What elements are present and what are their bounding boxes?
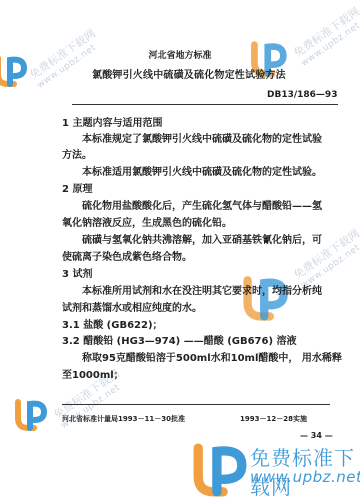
paragraph-line: 至1000ml； [62,370,124,382]
issued-date: 河北省标准计量局1993－11－30批准 [62,413,185,425]
subsection-3-1: 3.1 盐酸 (GB622)； [62,320,163,332]
paragraph-line: 本标准所用试剂和水在没注明其它要求时，均指分析纯 [82,286,322,298]
paragraph-line: 硫磺与氢氧化钠共沸溶解，加入亚硝基铁氰化钠后，可 [82,235,322,247]
document-title: 氯酸钾引火线中硫磺及硫化物定性试验方法 [92,70,286,82]
paragraph-line: 氧化钠溶液反应，生成黑色的硫化铅。 [62,218,232,230]
section-heading-3: 3 试剂 [62,269,92,281]
paragraph-line: 硫化物用盐酸酸化后，产生硫化氢气体与醋酸铅——氢 [82,201,322,213]
standard-org: 河北省地方标准 [0,50,360,62]
up-logo-icon [14,396,50,432]
footer-divider [62,404,330,405]
paragraph-line: 方法。 [62,150,92,162]
paragraph-line: 本标准规定了氯酸钾引火线中硫磺及硫化物的定性试验 [82,134,322,146]
section-heading-1: 1 主题内容与适用范围 [62,118,162,130]
site-logo: 免费标准下载网 www.upbz.net [190,438,360,500]
document-code: DB13/186—93 [267,89,337,101]
section-heading-2: 2 原理 [62,184,92,196]
paragraph-line: 使硫离子染色成紫色络合物。 [62,252,192,264]
paragraph-line: 称取95克醋酸铅溶于500ml水和10ml醋酸中， 用水稀释 [82,353,342,365]
up-logo-icon [192,442,248,498]
paragraph-line: 试剂和蒸馏水或相应纯度的水。 [62,303,202,315]
site-url: www.upbz.net [250,468,360,486]
document-page: 免费标准下载网 www.upbz.net 免费标准下载网 www.upbz.ne… [0,0,360,500]
paragraph-line: 本标准适用氯酸钾引火线中硫磺及硫化物的定性试验。 [82,167,322,179]
subsection-3-2: 3.2 醋酸铅 (HG3—974) ——醋酸 (GB676) 溶液 [62,336,297,348]
effective-date: 1993－12－28实施 [240,413,307,425]
header-divider [72,104,338,105]
